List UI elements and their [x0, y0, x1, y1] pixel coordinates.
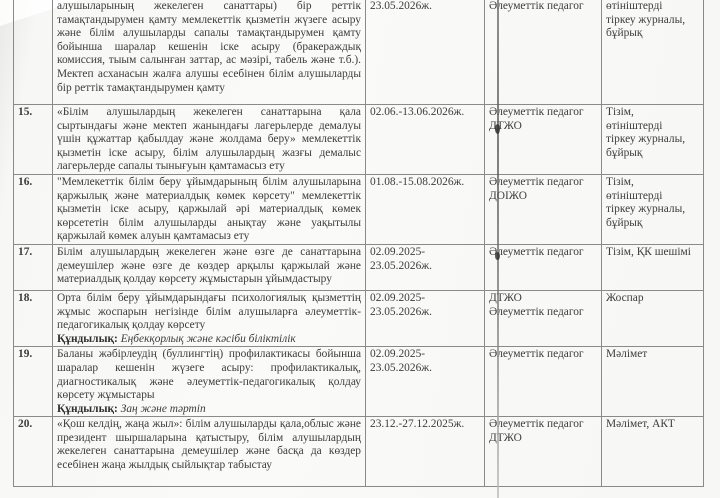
- row-description: "Мемлекеттік білім беру ұйымдарының білі…: [53, 174, 366, 244]
- date-line: 02.09.2025-: [370, 292, 480, 306]
- responsible-line: ДТЖО: [489, 120, 597, 134]
- responsible-line: Әлеуметтік педагог: [489, 306, 597, 320]
- responsible-line: Әлеуметтік педагог: [489, 418, 597, 432]
- form-line: Мәлімет, АКТ: [606, 418, 699, 432]
- description-text: "Мемлекеттік білім беру ұйымдарының білі…: [57, 176, 361, 242]
- row-responsible: Әлеуметтік педагог: [485, 347, 602, 417]
- table-row: 18. Орта білім беру ұйымдарындағы психол…: [14, 290, 704, 346]
- row-form: Тізім, өтініштерді тіркеу журналы, бұйры…: [602, 174, 704, 244]
- table-row: 17. Білім алушылардың жекелеген және өзг…: [14, 244, 704, 290]
- row-responsible: Әлеуметтік педагог: [485, 244, 602, 290]
- row-date: 02.09.2025- 23.05.2026ж.: [366, 290, 485, 346]
- table-row: 20. «Қош келдің, жаңа жыл»: білім алушыл…: [14, 417, 704, 487]
- form-line: тіркеу журналы,: [606, 203, 699, 217]
- value-label: Құндылық:: [57, 333, 118, 345]
- description-text: Баланы жәбірлеудің (буллингтің) профилак…: [57, 348, 361, 401]
- row-number: [14, 0, 53, 105]
- row-form: Тізім, ҚК шешімі: [602, 244, 704, 290]
- value-text: Заң және тәртіп: [121, 403, 206, 415]
- row-number: 17.: [14, 244, 53, 290]
- row-date: 01.08.-15.08.2026ж.: [366, 174, 485, 244]
- date-line: 02.09.2025-: [370, 246, 480, 260]
- row-form: Мәлімет: [602, 347, 704, 417]
- row-responsible: Әлеуметтік педагог: [485, 0, 602, 105]
- form-line: Тізім,: [606, 106, 699, 120]
- form-line: өтініштерді: [606, 0, 699, 14]
- row-date: 02.06.-13.06.2026ж.: [366, 105, 485, 175]
- row-description: алушыларының жекелеген санаттары) бір ре…: [53, 0, 366, 105]
- form-line: бұйрық: [606, 147, 699, 161]
- responsible-line: ДТЖО: [489, 292, 597, 306]
- form-line: тіркеу журналы,: [606, 14, 699, 28]
- ink-blot: [495, 252, 500, 260]
- row-description: «Білім алушылардың жекелеген санаттарына…: [53, 105, 366, 175]
- table-row: 15. «Білім алушылардың жекелеген санатта…: [14, 105, 704, 175]
- description-text: «Қош келдің, жаңа жыл»: білім алушыларды…: [57, 418, 361, 471]
- row-responsible: ДТЖО Әлеуметтік педагог: [485, 290, 602, 346]
- date-line: 23.05.2026ж.: [370, 306, 480, 320]
- scanned-page: алушыларының жекелеген санаттары) бір ре…: [0, 0, 720, 498]
- row-responsible: Әлеуметтік педагог ДТЖО: [485, 105, 602, 175]
- row-description: «Қош келдің, жаңа жыл»: білім алушыларды…: [53, 417, 366, 487]
- form-line: өтініштерді: [606, 120, 699, 134]
- row-description: Баланы жәбірлеудің (буллингтің) профилак…: [53, 347, 366, 417]
- row-form: Тізім, өтініштерді тіркеу журналы, бұйры…: [602, 105, 704, 175]
- form-line: Тізім,: [606, 176, 699, 190]
- row-date: 02.09.2025- 23.05.2026ж.: [366, 244, 485, 290]
- date-line: 23.05.2026ж.: [370, 260, 480, 274]
- table-row: 16. "Мемлекеттік білім беру ұйымдарының …: [14, 174, 704, 244]
- value-statement: Құндылық: Еңбекқорлық және кәсіби білікт…: [57, 333, 361, 347]
- form-line: Тізім, ҚК шешімі: [606, 246, 699, 260]
- description-text: Орта білім беру ұйымдарындағы психология…: [57, 292, 361, 331]
- value-label: Құндылық:: [57, 403, 118, 415]
- row-date: 23.05.2026ж.: [366, 0, 485, 105]
- row-number: 19.: [14, 347, 53, 417]
- date-line: 02.09.2025-: [370, 348, 480, 362]
- row-form: Мәлімет, АКТ: [602, 417, 704, 487]
- form-line: өтініштерді: [606, 190, 699, 204]
- row-form: Жоспар: [602, 290, 704, 346]
- plan-table: алушыларының жекелеген санаттары) бір ре…: [13, 0, 704, 487]
- row-responsible: Әлеуметтік педагог ДОІЖО: [485, 174, 602, 244]
- description-text: Білім алушылардың жекелеген және өзге де…: [57, 246, 361, 285]
- date-line: 23.05.2026ж.: [370, 362, 480, 376]
- pen-marker-line: [497, 0, 499, 498]
- responsible-line: ДОІЖО: [489, 190, 597, 204]
- ink-blot: [495, 124, 500, 134]
- row-description: Білім алушылардың жекелеген және өзге де…: [53, 244, 366, 290]
- row-date: 23.12.-27.12.2025ж.: [366, 417, 485, 487]
- value-statement: Құндылық: Заң және тәртіп: [57, 403, 361, 417]
- responsible-line: ДТЖО: [489, 432, 597, 446]
- form-line: тіркеу журналы,: [606, 133, 699, 147]
- table-row: 19. Баланы жәбірлеудің (буллингтің) проф…: [14, 347, 704, 417]
- row-number: 18.: [14, 290, 53, 346]
- description-text: «Білім алушылардың жекелеген санаттарына…: [57, 106, 361, 172]
- table-row: алушыларының жекелеген санаттары) бір ре…: [14, 0, 704, 105]
- row-date: 02.09.2025- 23.05.2026ж.: [366, 347, 485, 417]
- responsible-line: Әлеуметтік педагог: [489, 246, 597, 260]
- row-number: 20.: [14, 417, 53, 487]
- form-line: бұйрық: [606, 217, 699, 231]
- description-text: алушыларының жекелеген санаттары) бір ре…: [57, 0, 361, 94]
- row-form: өтініштерді тіркеу журналы, бұйрық: [602, 0, 704, 105]
- responsible-line: Әлеуметтік педагог: [489, 0, 597, 14]
- row-number: 16.: [14, 174, 53, 244]
- form-line: Мәлімет: [606, 348, 699, 362]
- responsible-line: Әлеуметтік педагог: [489, 106, 597, 120]
- form-line: Жоспар: [606, 292, 699, 306]
- row-description: Орта білім беру ұйымдарындағы психология…: [53, 290, 366, 346]
- responsible-line: Әлеуметтік педагог: [489, 176, 597, 190]
- row-responsible: Әлеуметтік педагог ДТЖО: [485, 417, 602, 487]
- responsible-line: Әлеуметтік педагог: [489, 348, 597, 362]
- form-line: бұйрық: [606, 27, 699, 41]
- value-text: Еңбекқорлық және кәсіби біліктілік: [121, 333, 296, 345]
- row-number: 15.: [14, 105, 53, 175]
